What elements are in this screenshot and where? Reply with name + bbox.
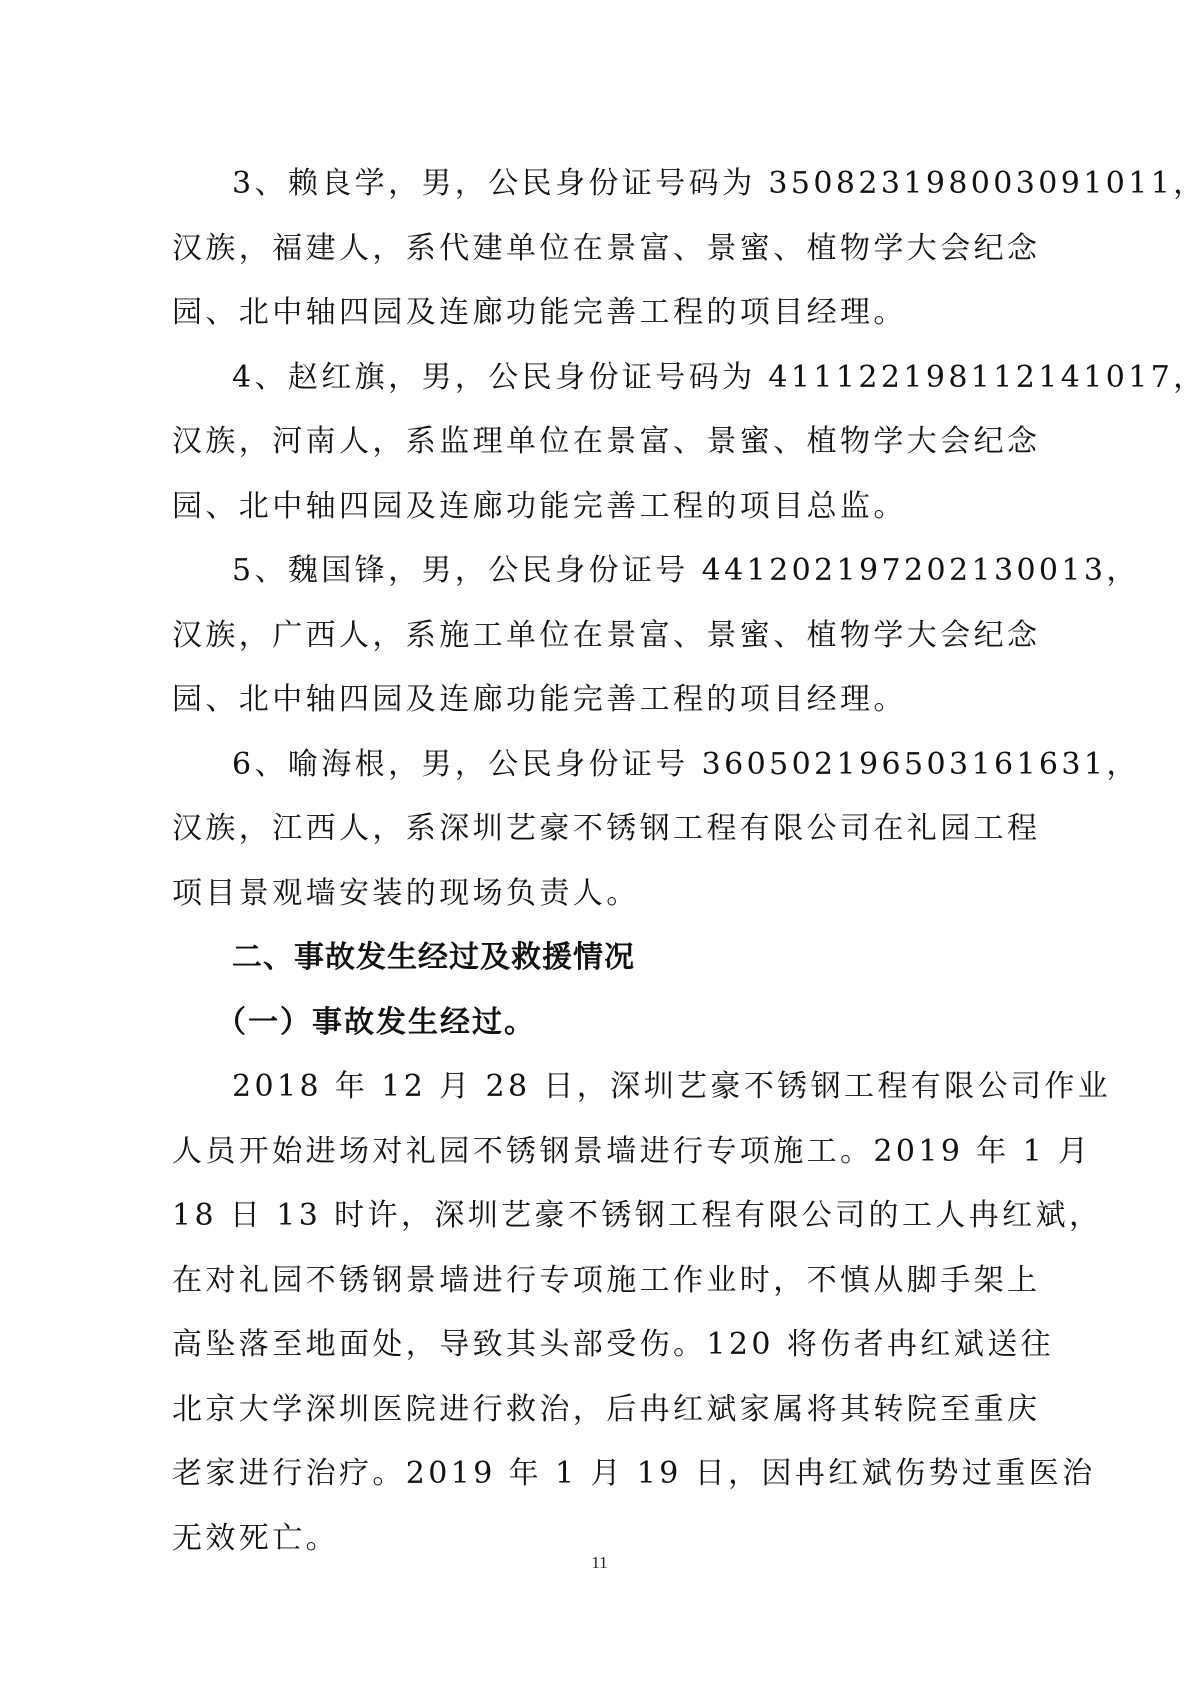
person-entry-line: 汉族，河南人，系监理单位在景富、景蜜、植物学大会纪念: [172, 410, 1018, 475]
person-entry-4: 4、赵红旗，男，公民身份证号码为 411122198112141017， 汉族，…: [172, 346, 1018, 540]
narrative-line: 北京大学深圳医院进行救治，后冉红斌家属将其转院至重庆: [172, 1378, 1018, 1443]
document-body: 3、赖良学，男，公民身份证号码为 350823198003091011， 汉族，…: [172, 152, 1018, 1571]
person-entry-3: 3、赖良学，男，公民身份证号码为 350823198003091011， 汉族，…: [172, 152, 1018, 346]
person-entry-line: 6、喻海根，男，公民身份证号 360502196503161631，: [172, 733, 1018, 798]
subsection-heading: （一）事故发生经过。: [172, 991, 1018, 1056]
person-entry-line: 3、赖良学，男，公民身份证号码为 350823198003091011，: [172, 152, 1018, 217]
person-entry-line: 汉族，广西人，系施工单位在景富、景蜜、植物学大会纪念: [172, 604, 1018, 669]
person-entry-line: 5、魏国锋，男，公民身份证号 441202197202130013，: [172, 539, 1018, 604]
document-page: 3、赖良学，男，公民身份证号码为 350823198003091011， 汉族，…: [0, 0, 1199, 1696]
page-number: 11: [0, 1553, 1199, 1573]
person-entry-line: 项目景观墙安装的现场负责人。: [172, 862, 1018, 927]
person-entry-line: 园、北中轴四园及连廊功能完善工程的项目总监。: [172, 475, 1018, 540]
person-entry-line: 园、北中轴四园及连廊功能完善工程的项目经理。: [172, 668, 1018, 733]
narrative-line: 在对礼园不锈钢景墙进行专项施工作业时，不慎从脚手架上: [172, 1249, 1018, 1314]
narrative-line: 老家进行治疗。2019 年 1 月 19 日，因冉红斌伤势过重医治: [172, 1442, 1018, 1507]
person-entry-6: 6、喻海根，男，公民身份证号 360502196503161631， 汉族，江西…: [172, 733, 1018, 927]
person-entry-line: 汉族，福建人，系代建单位在景富、景蜜、植物学大会纪念: [172, 217, 1018, 282]
narrative-paragraph: 2018 年 12 月 28 日，深圳艺豪不锈钢工程有限公司作业 人员开始进场对…: [172, 1055, 1018, 1571]
section-heading: 二、事故发生经过及救援情况: [172, 926, 1018, 991]
person-entry-5: 5、魏国锋，男，公民身份证号 441202197202130013， 汉族，广西…: [172, 539, 1018, 733]
narrative-line: 人员开始进场对礼园不锈钢景墙进行专项施工。2019 年 1 月: [172, 1120, 1018, 1185]
narrative-line: 2018 年 12 月 28 日，深圳艺豪不锈钢工程有限公司作业: [172, 1055, 1018, 1120]
narrative-line: 高坠落至地面处，导致其头部受伤。120 将伤者冉红斌送往: [172, 1313, 1018, 1378]
person-entry-line: 汉族，江西人，系深圳艺豪不锈钢工程有限公司在礼园工程: [172, 797, 1018, 862]
person-entry-line: 4、赵红旗，男，公民身份证号码为 411122198112141017，: [172, 346, 1018, 411]
narrative-line: 18 日 13 时许，深圳艺豪不锈钢工程有限公司的工人冉红斌，: [172, 1184, 1018, 1249]
person-entry-line: 园、北中轴四园及连廊功能完善工程的项目经理。: [172, 281, 1018, 346]
